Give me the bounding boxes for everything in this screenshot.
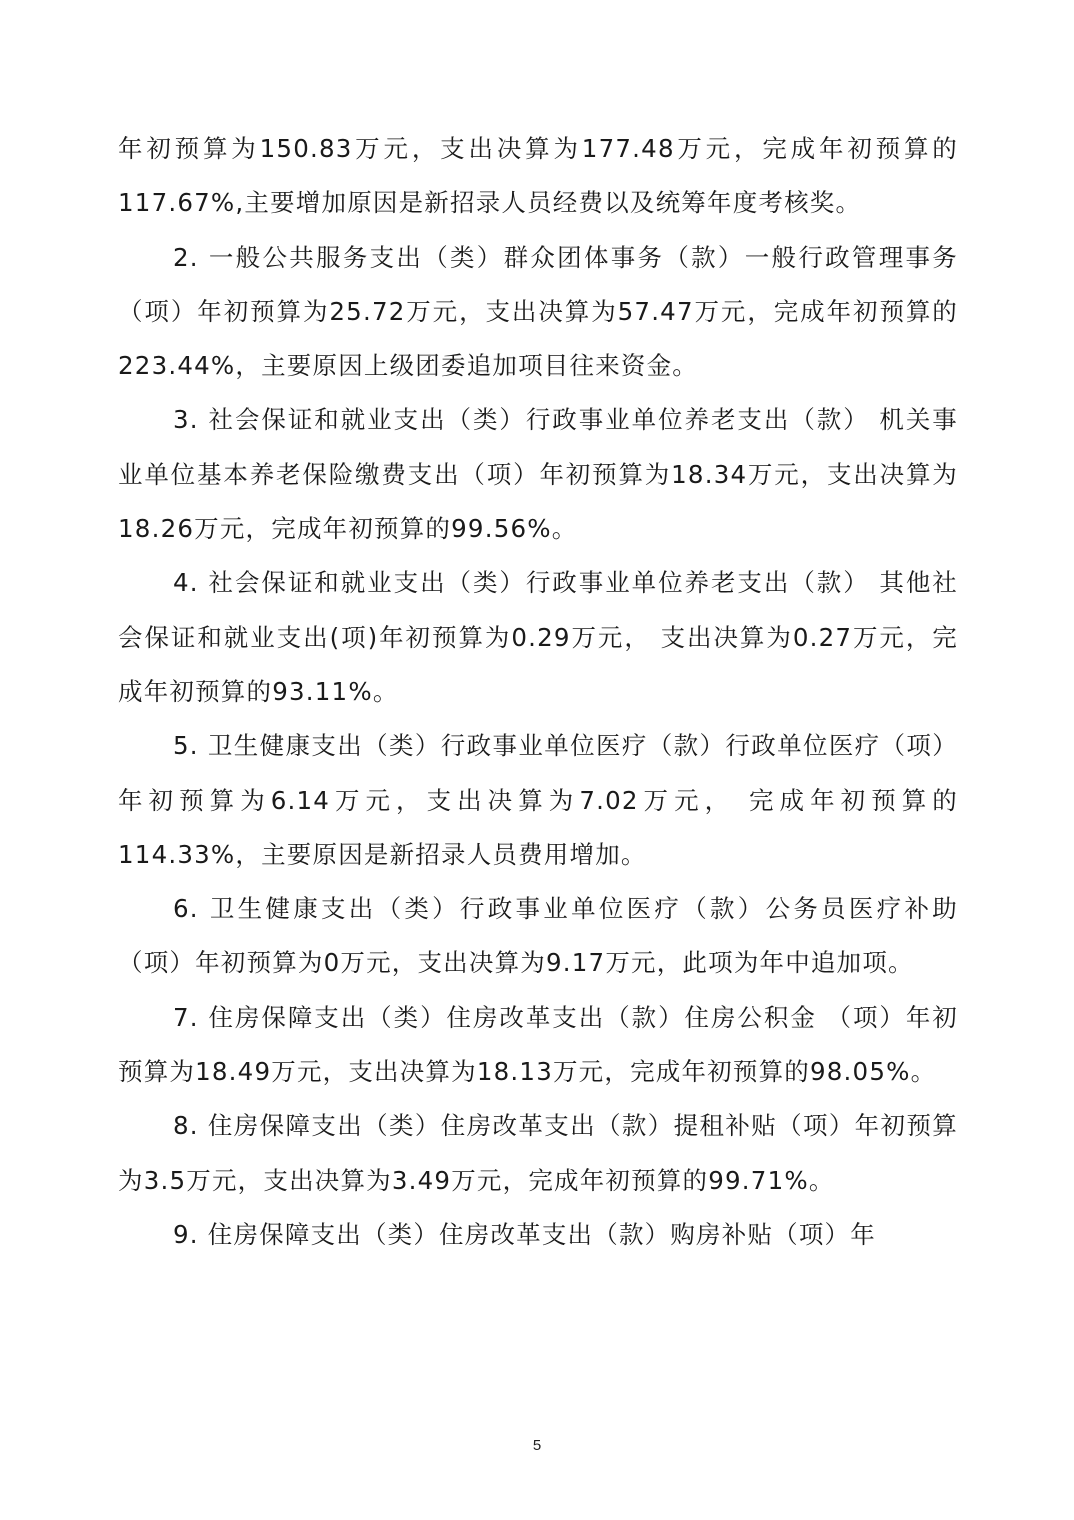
paragraph-item-8: 8. 住房保障支出（类）住房改革支出（款）提租补贴（项）年初预算为3.5万元，支… <box>118 1099 958 1208</box>
paragraph-item-3: 3. 社会保证和就业支出（类）行政事业单位养老支出（款） 机关事业单位基本养老保… <box>118 393 958 556</box>
paragraph-item-9: 9. 住房保障支出（类）住房改革支出（款）购房补贴（项）年 <box>118 1208 958 1262</box>
paragraph-item-5: 5. 卫生健康支出（类）行政事业单位医疗（款）行政单位医疗（项）年初预算为6.1… <box>118 719 958 882</box>
paragraph-item-4: 4. 社会保证和就业支出（类）行政事业单位养老支出（款） 其他社会保证和就业支出… <box>118 556 958 719</box>
paragraph-item-6: 6. 卫生健康支出（类）行政事业单位医疗（款）公务员医疗补助（项）年初预算为0万… <box>118 882 958 991</box>
paragraph-item-7: 7. 住房保障支出（类）住房改革支出（款）住房公积金 （项）年初预算为18.49… <box>118 991 958 1100</box>
paragraph-continuation: 年初预算为150.83万元，支出决算为177.48万元，完成年初预算的117.6… <box>118 122 958 231</box>
document-body: 年初预算为150.83万元，支出决算为177.48万元，完成年初预算的117.6… <box>118 122 958 1262</box>
page-number: 5 <box>0 1437 1074 1454</box>
paragraph-item-2: 2. 一般公共服务支出（类）群众团体事务（款）一般行政管理事务（项）年初预算为2… <box>118 231 958 394</box>
